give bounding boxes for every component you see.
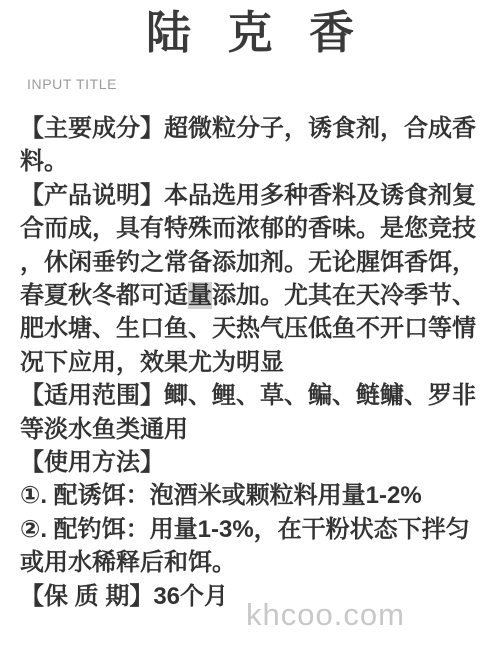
paragraph-usage-title: 【使用方法】 (20, 446, 480, 479)
product-description-body: 【主要成分】超微粒分子，诱食剂，合成香料。 【产品说明】本品选用多种香料及诱食剂… (20, 112, 480, 613)
paragraph-product-description: 【产品说明】本品选用多种香料及诱食剂复合而成，具有特殊而浓郁的香味。是您竞技，休… (20, 179, 480, 379)
watermark: khcoo.com (246, 598, 405, 632)
input-title-placeholder: INPUT TITLE (27, 76, 500, 92)
paragraph-applicable-scope: 【适用范围】鲫、鲤、草、鳊、鲢鳙、罗非等淡水鱼类通用 (20, 379, 480, 446)
paragraph-main-ingredients: 【主要成分】超微粒分子，诱食剂，合成香料。 (20, 112, 480, 179)
page-title: 陆 克 香 (0, 0, 500, 60)
paragraph-usage-step-1: ①. 配诱饵：泡酒米或颗粒料用量1-2% (20, 479, 480, 512)
paragraph-usage-step-2: ②. 配钓饵：用量1-3%，在干粉状态下拌匀或用水稀释后和饵。 (20, 513, 480, 580)
product-label-page: 陆 克 香 INPUT TITLE 【主要成分】超微粒分子，诱食剂，合成香料。 … (0, 0, 500, 652)
highlighted-character: 量 (188, 282, 212, 309)
